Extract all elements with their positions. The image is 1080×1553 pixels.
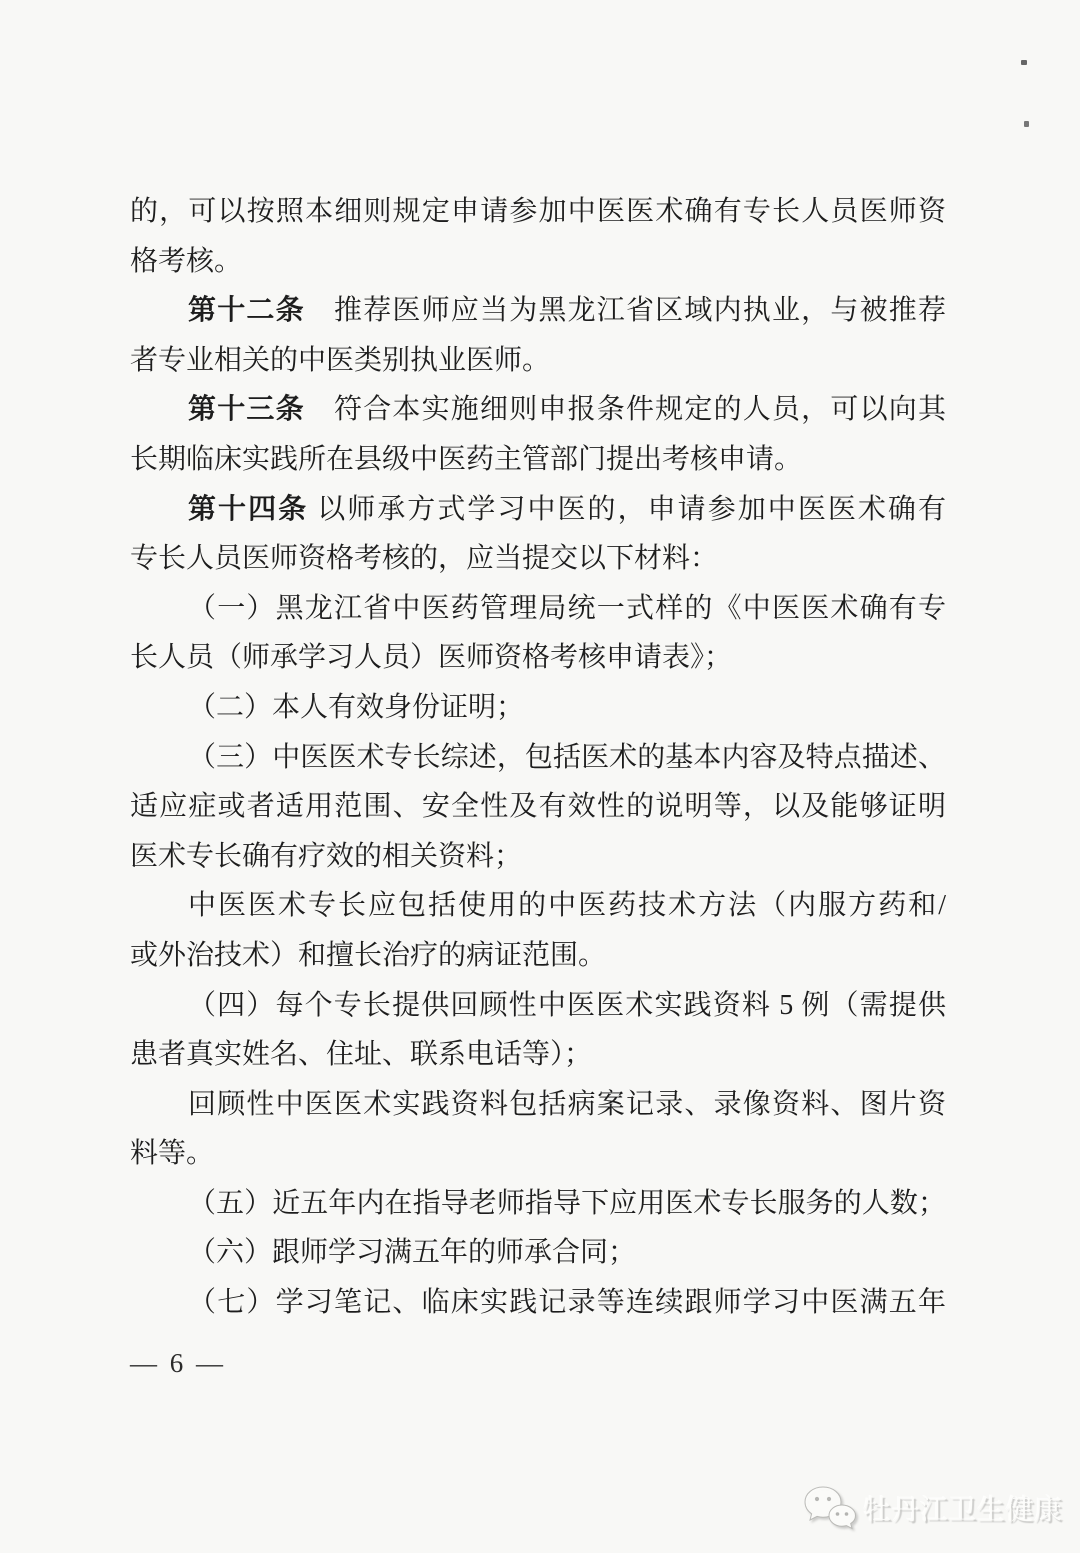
text-line: 中医医术专长应包括使用的中医药技术方法（内服方药和/ [130, 881, 946, 931]
article-number: 第十四条 [188, 494, 308, 525]
text-line: 料等。 [130, 1129, 946, 1179]
text-line: 长期临床实践所在县级中医药主管部门提出考核申请。 [130, 435, 946, 485]
scan-artifact-dot [1021, 60, 1027, 65]
watermark-text: 牡丹江卫生健康 [863, 1488, 1063, 1528]
text-line: 专长人员医师资格考核的，应当提交以下材料： [130, 534, 946, 584]
text-line: （四）每个专长提供回顾性中医医术实践资料 5 例（需提供 [130, 981, 946, 1031]
document-page: 的，可以按照本细则规定申请参加中医医术确有专长人员医师资格考核。第十二条 推荐医… [0, 0, 1080, 1553]
text-line: 第十二条 推荐医师应当为黑龙江省区域内执业，与被推荐 [130, 286, 946, 336]
text-line: 格考核。 [130, 237, 946, 287]
text-line: 或外治技术）和擅长治疗的病证范围。 [130, 931, 946, 981]
text-line: 者专业相关的中医类别执业医师。 [130, 336, 946, 386]
text-line: 第十三条 符合本实施细则申报条件规定的人员，可以向其 [130, 385, 946, 435]
wechat-icon [802, 1483, 858, 1533]
text-line: （三）中医医术专长综述，包括医术的基本内容及特点描述、 [130, 733, 946, 783]
scan-artifact-dot [1024, 121, 1029, 127]
page-number: — 6 — [130, 1348, 226, 1379]
text-line: 的，可以按照本细则规定申请参加中医医术确有专长人员医师资 [130, 187, 946, 237]
text-line: （七）学习笔记、临床实践记录等连续跟师学习中医满五年 [130, 1278, 946, 1328]
document-text: 的，可以按照本细则规定申请参加中医医术确有专长人员医师资格考核。第十二条 推荐医… [130, 187, 946, 1328]
text-line: 长人员（师承学习人员）医师资格考核申请表》； [130, 633, 946, 683]
article-number: 第十三条 [188, 394, 305, 425]
text-line: 适应症或者适用范围、安全性及有效性的说明等，以及能够证明 [130, 782, 946, 832]
watermark: 牡丹江卫生健康 [802, 1483, 1063, 1533]
text-line: 患者真实姓名、住址、联系电话等）； [130, 1030, 946, 1080]
text-line: 医术专长确有疗效的相关资料； [130, 832, 946, 882]
text-line: 第十四条 以师承方式学习中医的，申请参加中医医术确有 [130, 485, 946, 535]
text-line: （六）跟师学习满五年的师承合同； [130, 1228, 946, 1278]
text-line: （五）近五年内在指导老师指导下应用医术专长服务的人数； [130, 1179, 946, 1229]
text-line: （二）本人有效身份证明； [130, 683, 946, 733]
text-line: （一）黑龙江省中医药管理局统一式样的《中医医术确有专 [130, 584, 946, 634]
article-number: 第十二条 [188, 295, 305, 326]
text-line: 回顾性中医医术实践资料包括病案记录、录像资料、图片资 [130, 1080, 946, 1130]
